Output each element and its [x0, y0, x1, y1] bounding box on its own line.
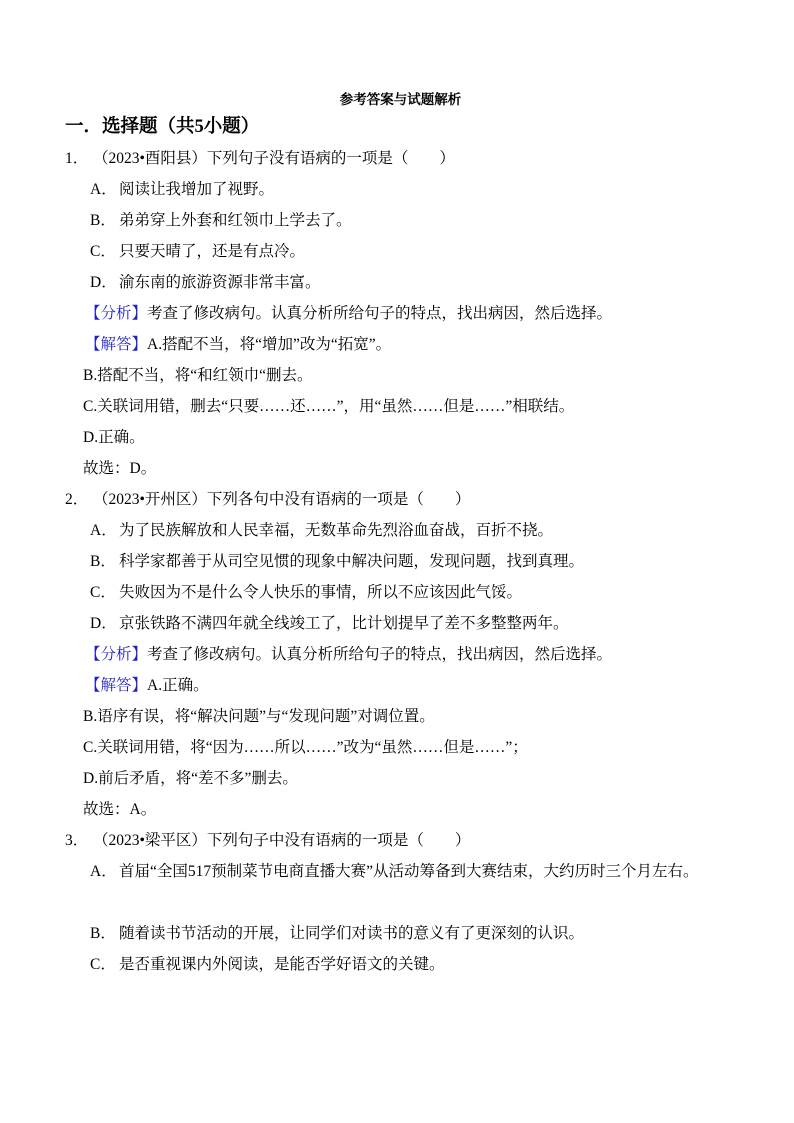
option-text: 为了民族解放和人民幸福，无数革命先烈浴血奋战，百折不挠。	[119, 522, 553, 539]
answer-continuation-line: C.关联词用错，将“因为……所以……”改为“虽然……但是……”；	[83, 732, 736, 763]
option-text: 是否重视课内外阅读，是能否学好语文的关键。	[119, 956, 445, 973]
option-row: A．为了民族解放和人民幸福，无数革命先烈浴血奋战，百折不挠。	[90, 515, 736, 546]
option-row: A．首届“全国517预制菜节电商直播大赛”从活动筹备到大赛结束，大约历时三个月左…	[90, 856, 736, 887]
question-block-1: 1．（2023•酉阳县）下列句子没有语病的一项是（ ） A．阅读让我增加了视野。…	[65, 143, 736, 484]
option-label: D．	[90, 608, 119, 639]
option-label: B．	[90, 918, 119, 949]
analysis-line: 【分析】考查了修改病句。认真分析所给句子的特点，找出病因，然后选择。	[85, 298, 736, 329]
question-stem: （2023•开州区）下列各句中没有语病的一项是（ ）	[93, 491, 470, 508]
analysis-text: 考查了修改病句。认真分析所给句子的特点，找出病因，然后选择。	[147, 305, 612, 322]
analysis-tag: 【分析】	[85, 305, 147, 322]
question-number: 3．	[65, 825, 93, 856]
answer-continuation-line: C.关联词用错，删去“只要……还……”，用“虽然……但是……”相联结。	[83, 391, 736, 422]
option-label: C．	[90, 236, 119, 267]
option-label: A．	[90, 515, 119, 546]
option-row: A．阅读让我增加了视野。	[90, 174, 736, 205]
option-label: B．	[90, 546, 119, 577]
question-stem-line: 1．（2023•酉阳县）下列句子没有语病的一项是（ ）	[65, 143, 736, 174]
option-row: C．是否重视课内外阅读，是能否学好语文的关键。	[90, 949, 736, 980]
option-text: 弟弟穿上外套和红领巾上学去了。	[119, 212, 352, 229]
conclusion-line: 故选：D。	[83, 453, 736, 484]
question-stem: （2023•酉阳县）下列句子没有语病的一项是（ ）	[93, 150, 455, 167]
option-label: B．	[90, 205, 119, 236]
option-text: 失败因为不是什么令人快乐的事情，所以不应该因此气馁。	[119, 584, 522, 601]
answer-intro: A.正确。	[147, 677, 209, 694]
conclusion-line: 故选：A。	[83, 794, 736, 825]
option-text: 首届“全国517预制菜节电商直播大赛”从活动筹备到大赛结束，大约历时三个月左右。	[119, 863, 699, 880]
option-label: D．	[90, 267, 119, 298]
option-row: C．只要天晴了，还是有点冷。	[90, 236, 736, 267]
answer-line: 【解答】A.搭配不当，将“增加”改为“拓宽”。	[85, 329, 736, 360]
question-stem-line: 3．（2023•梁平区）下列句子中没有语病的一项是（ ）	[65, 825, 736, 856]
question-block-2: 2．（2023•开州区）下列各句中没有语病的一项是（ ） A．为了民族解放和人民…	[65, 484, 736, 825]
question-stem: （2023•梁平区）下列句子中没有语病的一项是（ ）	[93, 832, 470, 849]
option-text: 阅读让我增加了视野。	[119, 181, 274, 198]
doc-title: 参考答案与试题解析	[65, 90, 736, 110]
question-block-3: 3．（2023•梁平区）下列句子中没有语病的一项是（ ） A．首届“全国517预…	[65, 825, 736, 980]
option-row: D．京张铁路不满四年就全线竣工了，比计划提早了差不多整整两年。	[90, 608, 736, 639]
answer-intro: A.搭配不当，将“增加”改为“拓宽”。	[147, 336, 391, 353]
option-label: A．	[90, 174, 119, 205]
option-row: B．随着读书节活动的开展，让同学们对读书的意义有了更深刻的认识。	[90, 918, 736, 949]
answer-continuation-line: D.前后矛盾，将“差不多”删去。	[83, 763, 736, 794]
option-label: A．	[90, 856, 119, 887]
section-heading: 一．选择题（共5小题）	[65, 112, 736, 143]
question-stem-line: 2．（2023•开州区）下列各句中没有语病的一项是（ ）	[65, 484, 736, 515]
answer-continuation-line: B.语序有误，将“解决问题”与“发现问题”对调位置。	[83, 701, 736, 732]
analysis-text: 考查了修改病句。认真分析所给句子的特点，找出病因，然后选择。	[147, 646, 612, 663]
option-text: 科学家都善于从司空见惯的现象中解决问题，发现问题，找到真理。	[119, 553, 584, 570]
option-text: 随着读书节活动的开展，让同学们对读书的意义有了更深刻的认识。	[119, 925, 584, 942]
question-number: 2．	[65, 484, 93, 515]
option-text: 渝东南的旅游资源非常丰富。	[119, 274, 321, 291]
option-text: 京张铁路不满四年就全线竣工了，比计划提早了差不多整整两年。	[119, 615, 569, 632]
answer-continuation-line: D.正确。	[83, 422, 736, 453]
document-page: 参考答案与试题解析 一．选择题（共5小题） 1．（2023•酉阳县）下列句子没有…	[0, 0, 794, 1123]
option-row: B．弟弟穿上外套和红领巾上学去了。	[90, 205, 736, 236]
option-label: C．	[90, 949, 119, 980]
option-label: C．	[90, 577, 119, 608]
answer-line: 【解答】A.正确。	[85, 670, 736, 701]
analysis-tag: 【分析】	[85, 646, 147, 663]
answer-tag: 【解答】	[85, 677, 147, 694]
answer-continuation-line: B.搭配不当，将“和红领巾“删去。	[83, 360, 736, 391]
option-row: C．失败因为不是什么令人快乐的事情，所以不应该因此气馁。	[90, 577, 736, 608]
answer-tag: 【解答】	[85, 336, 147, 353]
blank-line-spacer	[65, 887, 736, 918]
question-number: 1．	[65, 143, 93, 174]
analysis-line: 【分析】考查了修改病句。认真分析所给句子的特点，找出病因，然后选择。	[85, 639, 736, 670]
option-text: 只要天晴了，还是有点冷。	[119, 243, 305, 260]
option-row: B．科学家都善于从司空见惯的现象中解决问题，发现问题，找到真理。	[90, 546, 736, 577]
option-row: D．渝东南的旅游资源非常丰富。	[90, 267, 736, 298]
